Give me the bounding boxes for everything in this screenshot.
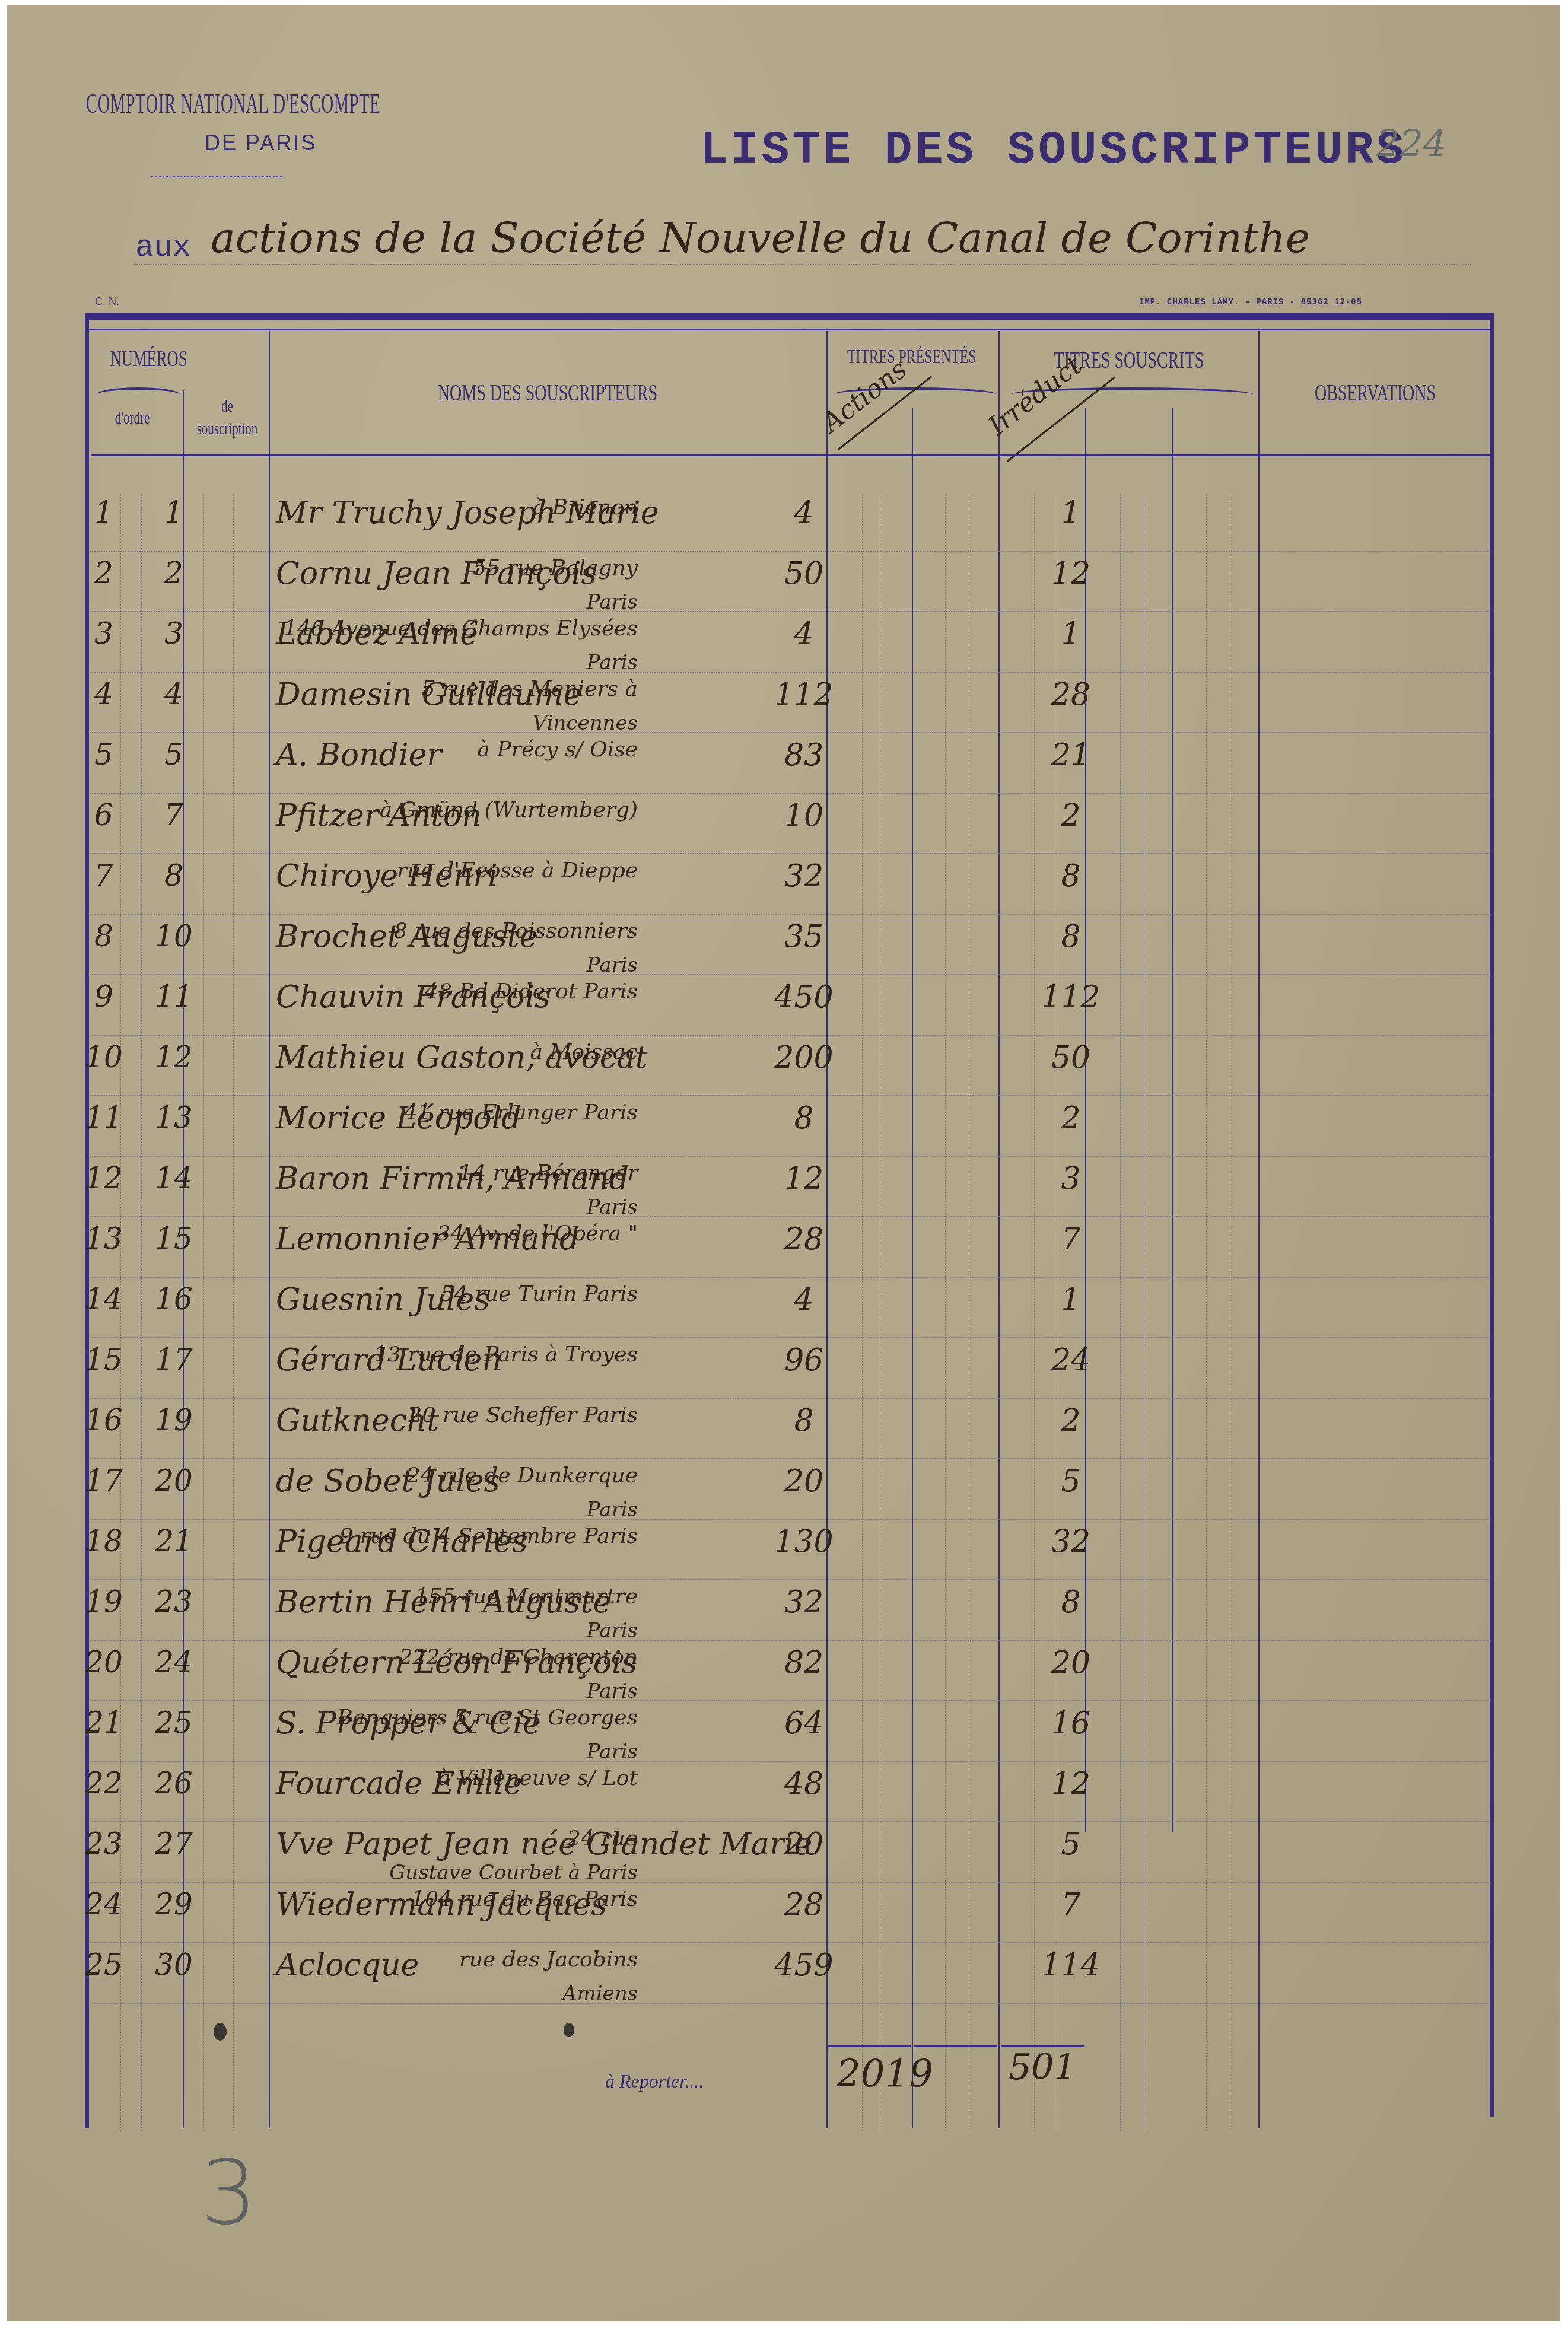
cell-address: à Moissac [530, 1040, 638, 1064]
table-row: 20 24 Quétern Léon François 222 rue de C… [0, 1645, 1409, 1705]
header-noms: NOMS DES SOUSCRIPTEURS [423, 378, 672, 406]
cell-souscription: 30 [147, 1948, 201, 1982]
cell-actions: 450 [759, 979, 848, 1015]
subtitle-handwritten: actions de la Société Nouvelle du Canal … [211, 214, 1310, 262]
cell-souscription: 12 [147, 1040, 201, 1074]
frame-right-border [1490, 313, 1494, 2117]
cell-souscrits: 20 [1026, 1645, 1115, 1681]
table-row: 11 13 Morice Léopold 41 rue Erlanger Par… [0, 1100, 1409, 1161]
cell-address: 222 rue de Charenton [399, 1645, 638, 1669]
cell-souscrits: 21 [1026, 737, 1115, 773]
cell-actions: 20 [759, 1463, 848, 1499]
page-title: LISTE DES SOUSCRIPTEURS [700, 125, 1407, 177]
cell-actions: 4 [759, 1282, 848, 1318]
cell-actions: 112 [759, 677, 848, 712]
table-row: 25 30 Aclocque rue des Jacobins 459 114 … [0, 1948, 1409, 2008]
cell-souscrits: 8 [1026, 1584, 1115, 1620]
table-row: 1 1 Mr Truchy Joseph Marie à Brienon 4 1 [0, 495, 1409, 556]
cell-address: 9 rue du 4 Septembre Paris [339, 1524, 638, 1548]
cell-actions: 64 [759, 1705, 848, 1741]
table-row: 15 17 Gérard Lucien 13 rue de Paris à Tr… [0, 1342, 1409, 1403]
cell-souscription: 7 [147, 798, 201, 832]
cell-ordre: 20 [77, 1645, 131, 1679]
cell-ordre: 14 [77, 1282, 131, 1316]
table-row: 4 4 Damesin Guillaume 5 rue des Meniers … [0, 677, 1409, 737]
cell-souscription: 16 [147, 1282, 201, 1316]
table-row: 7 8 Chiroye Henri rue d'Ecosse à Dieppe … [0, 858, 1409, 919]
header-numeros: NUMÉROS [110, 346, 173, 372]
header-bottom-rule [91, 454, 1491, 456]
cell-address: 48 Bd Diderot Paris [425, 979, 638, 1004]
cell-actions: 48 [759, 1766, 848, 1802]
table-row: 5 5 A. Bondier à Précy s/ Oise 83 21 [0, 737, 1409, 798]
cell-souscrits: 24 [1026, 1342, 1115, 1378]
cell-address: à Gmünd (Wurtemberg) [380, 798, 638, 822]
ink-blot [564, 2023, 574, 2037]
cell-actions: 83 [759, 737, 848, 773]
cell-city: Paris [587, 1498, 638, 1522]
cell-actions: 96 [759, 1342, 848, 1378]
cell-ordre: 19 [77, 1584, 131, 1619]
cn-label: C. N. [95, 295, 119, 308]
cell-actions: 35 [759, 919, 848, 954]
table-row: 12 14 Baron Firmin, Armand 14 rue Bérang… [0, 1161, 1409, 1221]
cell-ordre: 24 [77, 1887, 131, 1921]
header-ordre: d'ordre [103, 408, 161, 428]
cell-souscription: 21 [147, 1524, 201, 1558]
cell-address: rue des Jacobins [459, 1948, 638, 1972]
header-titres-presentes: TITRES PRÉSENTÉS [847, 346, 972, 368]
table-row: 24 29 Wiedermann Jacques 104 rue du Bac … [0, 1887, 1409, 1948]
cell-ordre: 16 [77, 1403, 131, 1437]
cell-souscription: 25 [147, 1705, 201, 1740]
cell-actions: 459 [759, 1948, 848, 1983]
cell-address: 13 rue de Paris à Troyes [374, 1342, 638, 1367]
cell-souscrits: 114 [1026, 1948, 1115, 1983]
cell-ordre: 22 [77, 1766, 131, 1800]
total-rule [828, 2045, 911, 2047]
org-divider [151, 172, 282, 177]
cell-souscription: 15 [147, 1221, 201, 1256]
cell-ordre: 3 [77, 616, 131, 651]
cell-souscription: 5 [147, 737, 201, 772]
org-city: DE PARIS [205, 131, 317, 155]
table-row: 21 25 S. Propper & Cie Banquiers 5 rue S… [0, 1705, 1409, 1766]
cell-city: Paris [587, 651, 638, 674]
table-row: 3 3 Labbez Aimé 146 Avenue des Champs El… [0, 616, 1409, 677]
total-souscrits: 501 [1009, 2047, 1077, 2088]
cell-actions: 8 [759, 1100, 848, 1136]
ink-blot [214, 2023, 227, 2041]
cell-actions: 10 [759, 798, 848, 833]
cell-address: à Brienon [533, 495, 638, 520]
cell-city: Paris [587, 1740, 638, 1764]
cell-souscription: 19 [147, 1403, 201, 1437]
cell-ordre: 6 [77, 798, 131, 832]
cell-souscrits: 5 [1026, 1826, 1115, 1862]
cell-actions: 12 [759, 1161, 848, 1197]
table-row: 6 7 Pfitzer Anton à Gmünd (Wurtemberg) 1… [0, 798, 1409, 858]
cell-souscrits: 2 [1026, 1100, 1115, 1136]
cell-ordre: 13 [77, 1221, 131, 1256]
cell-city: Paris [587, 953, 638, 977]
cell-souscription: 4 [147, 677, 201, 711]
cell-souscription: 3 [147, 616, 201, 651]
cell-souscrits: 1 [1026, 1282, 1115, 1318]
cell-actions: 32 [759, 1584, 848, 1620]
cell-actions: 28 [759, 1887, 848, 1923]
cell-ordre: 23 [77, 1826, 131, 1861]
table-row: 16 19 Gutknecht 20 rue Scheffer Paris 8 … [0, 1403, 1409, 1463]
cell-souscrits: 2 [1026, 1403, 1115, 1439]
cell-city: Amiens [562, 1982, 638, 2006]
cell-ordre: 2 [77, 556, 131, 590]
table-row: 14 16 Guesnin Jules 54 rue Turin Paris 4… [0, 1282, 1409, 1342]
cell-ordre: 21 [77, 1705, 131, 1740]
cell-ordre: 10 [77, 1040, 131, 1074]
cell-address: 41 rue Erlanger Paris [404, 1100, 638, 1125]
frame-top-border [85, 313, 1494, 320]
subtitle-prefix: aux [135, 230, 191, 265]
cell-actions: 32 [759, 858, 848, 894]
cell-ordre: 11 [77, 1100, 131, 1135]
table-row: 13 15 Lemonnier Armand 34 Av. de l'Opéra… [0, 1221, 1409, 1282]
cell-ordre: 7 [77, 858, 131, 893]
table-row: 2 2 Cornu Jean François 55 rue Balagny 5… [0, 556, 1409, 616]
cell-address: 24 rue [567, 1826, 638, 1851]
cell-souscription: 23 [147, 1584, 201, 1619]
cell-souscrits: 7 [1026, 1221, 1115, 1257]
cell-souscription: 13 [147, 1100, 201, 1135]
cell-address: à Villeneuve s/ Lot [438, 1766, 638, 1790]
cell-actions: 82 [759, 1645, 848, 1681]
cell-ordre: 18 [77, 1524, 131, 1558]
cell-souscription: 17 [147, 1342, 201, 1377]
cell-souscription: 20 [147, 1463, 201, 1498]
cell-souscrits: 1 [1026, 616, 1115, 652]
cell-ordre: 12 [77, 1161, 131, 1195]
cell-city: Vincennes [533, 711, 638, 735]
cell-address: 104 rue du Bac Paris [411, 1887, 638, 1911]
cell-souscrits: 28 [1026, 677, 1115, 712]
org-name: COMPTOIR NATIONAL D'ESCOMPTE [86, 88, 380, 119]
cell-souscrits: 12 [1026, 1766, 1115, 1802]
header-brace-numeros [97, 387, 180, 402]
cell-city: Paris [587, 590, 638, 614]
cell-address: 54 rue Turin Paris [441, 1282, 638, 1306]
cell-actions: 200 [759, 1040, 848, 1075]
table-row: 8 10 Brochet Auguste 8 rue des Poissonni… [0, 919, 1409, 979]
cell-actions: 20 [759, 1826, 848, 1862]
table-row: 22 26 Fourcade Emile à Villeneuve s/ Lot… [0, 1766, 1409, 1826]
cell-address: 24 rue de Dunkerque [407, 1463, 638, 1488]
cell-ordre: 9 [77, 979, 131, 1014]
cell-ordre: 1 [77, 495, 131, 530]
cell-souscrits: 2 [1026, 798, 1115, 833]
cell-souscrits: 16 [1026, 1705, 1115, 1741]
cell-actions: 4 [759, 616, 848, 652]
cell-address: 20 rue Scheffer Paris [409, 1403, 638, 1427]
cell-ordre: 4 [77, 677, 131, 711]
table-row: 9 11 Chauvin François 48 Bd Diderot Pari… [0, 979, 1409, 1040]
cell-souscrits: 8 [1026, 858, 1115, 894]
cell-souscription: 8 [147, 858, 201, 893]
report-label: à Reporter.... [605, 2070, 704, 2092]
printer-imprint: IMP. CHARLES LAMY. - PARIS - 85362 12-05 [1139, 298, 1362, 307]
cell-souscription: 14 [147, 1161, 201, 1195]
pencil-mark: 3 [201, 2141, 257, 2245]
cell-souscrits: 8 [1026, 919, 1115, 954]
cell-address: 14 rue Béranger [459, 1161, 638, 1185]
cell-souscrits: 5 [1026, 1463, 1115, 1499]
cell-actions: 28 [759, 1221, 848, 1257]
cell-actions: 50 [759, 556, 848, 591]
cell-ordre: 15 [77, 1342, 131, 1377]
cell-souscription: 10 [147, 919, 201, 953]
cell-address: rue d'Ecosse à Dieppe [397, 858, 638, 883]
cell-souscrits: 7 [1026, 1887, 1115, 1923]
cell-souscription: 24 [147, 1645, 201, 1679]
cell-souscription: 27 [147, 1826, 201, 1861]
cell-souscrits: 32 [1026, 1524, 1115, 1560]
cell-souscription: 1 [147, 495, 201, 530]
cell-ordre: 8 [77, 919, 131, 953]
cell-souscription: 29 [147, 1887, 201, 1921]
cell-ordre: 25 [77, 1948, 131, 1982]
header-souscription: souscription [190, 419, 265, 439]
cell-souscription: 2 [147, 556, 201, 590]
cell-address: 146 Avenue des Champs Elysées [284, 616, 638, 641]
total-actions: 2019 [837, 2053, 933, 2096]
cell-city: Paris [587, 1195, 638, 1219]
cell-souscription: 11 [147, 979, 201, 1014]
pencil-page-number: 224 [1376, 122, 1446, 165]
cell-city: Gustave Courbet à Paris [389, 1861, 638, 1885]
cell-souscription: 26 [147, 1766, 201, 1800]
header-souscription-de: de [198, 396, 256, 416]
cell-souscrits: 112 [1026, 979, 1115, 1015]
cell-address: 8 rue des Poissonniers [394, 919, 638, 943]
cell-address: 155 rue Montmartre [415, 1584, 638, 1609]
total-rule [914, 2045, 997, 2047]
cell-city: Paris [587, 1619, 638, 1643]
header-observations: OBSERVATIONS [1295, 378, 1456, 406]
cell-actions: 130 [759, 1524, 848, 1560]
table-row: 10 12 Mathieu Gaston, avocat à Moissac 2… [0, 1040, 1409, 1100]
cell-address: 5 rue des Meniers à [421, 677, 638, 701]
table-row: 18 21 Pigeard Charles 9 rue du 4 Septemb… [0, 1524, 1409, 1584]
cell-city: Paris [587, 1679, 638, 1703]
cell-ordre: 5 [77, 737, 131, 772]
table-row: 17 20 de Sobet Jules 24 rue de Dunkerque… [0, 1463, 1409, 1524]
cell-souscrits: 3 [1026, 1161, 1115, 1197]
cell-souscrits: 12 [1026, 556, 1115, 591]
frame-inner-rule [88, 329, 1491, 330]
cell-ordre: 17 [77, 1463, 131, 1498]
cell-souscrits: 1 [1026, 495, 1115, 531]
cell-address: à Précy s/ Oise [478, 737, 638, 762]
cell-actions: 8 [759, 1403, 848, 1439]
cell-address: 55 rue Balagny [473, 556, 638, 580]
cell-actions: 4 [759, 495, 848, 531]
cell-address: 34 Av. de l'Opéra " [437, 1221, 638, 1246]
table-row: 23 27 Vve Papet Jean née Glandet Marie 2… [0, 1826, 1409, 1887]
subtitle-dotted-line [133, 264, 1471, 265]
cell-address: Banquiers 5 rue St Georges [337, 1705, 638, 1730]
table-row: 19 23 Bertin Henri Auguste 155 rue Montm… [0, 1584, 1409, 1645]
cell-souscrits: 50 [1026, 1040, 1115, 1075]
